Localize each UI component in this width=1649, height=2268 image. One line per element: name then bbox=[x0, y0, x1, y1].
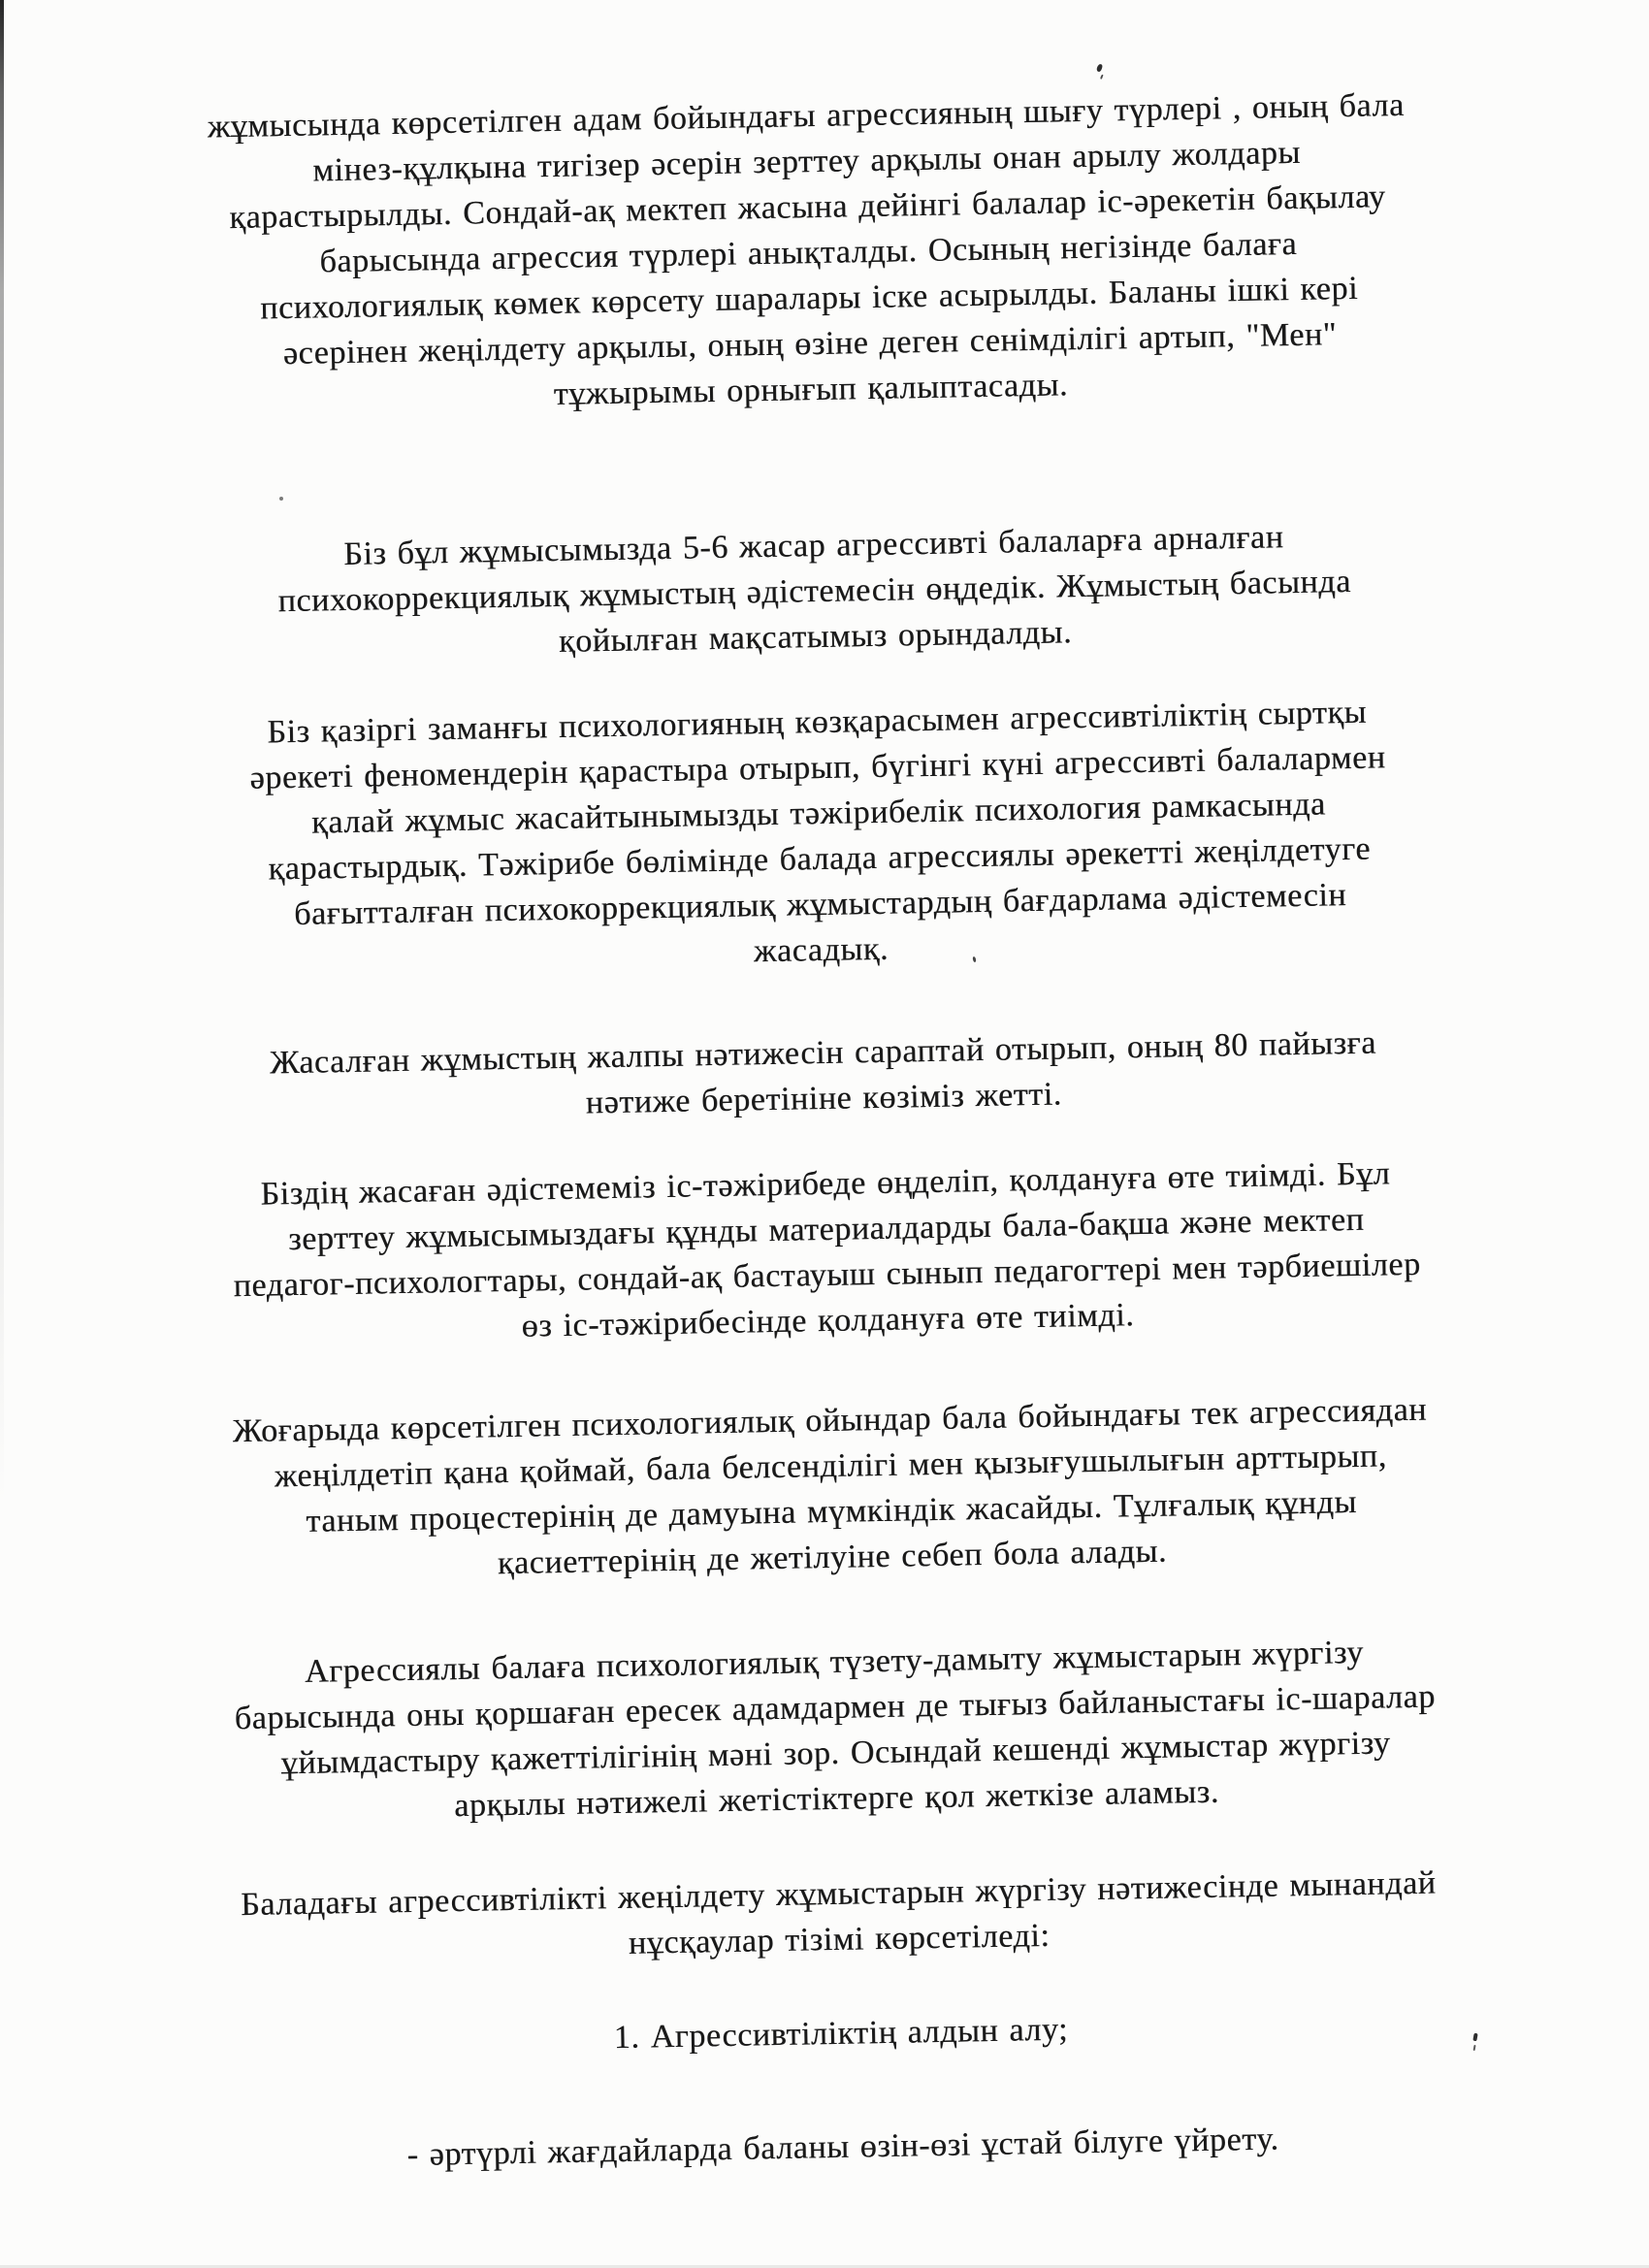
text-line: - әртүрлі жағдайларда баланы өзін-өзі ұс… bbox=[135, 2111, 1552, 2183]
scanned-document-page: жұмысында көрсетілген адам бойындағы агр… bbox=[0, 0, 1649, 2268]
paragraph-3: Біз қазіргі заманғы психологияның көзқар… bbox=[109, 687, 1530, 987]
paragraph-6: Жоғарыда көрсетілген психологиялық ойынд… bbox=[121, 1385, 1540, 1594]
scan-edge-artifact bbox=[0, 0, 4, 1504]
paragraph-4: Жасалған жұмыстың жалпы нәтижесін сарапт… bbox=[114, 1018, 1532, 1135]
paragraph-7: Агрессиялы балаға психологиялық түзету-д… bbox=[126, 1627, 1545, 1835]
paragraph-2: Біз бұл жұмысымызда 5-6 жасар агрессивті… bbox=[106, 510, 1524, 673]
ink-speck bbox=[279, 497, 283, 501]
paragraph-8: Баладағы агрессивтілікті жеңілдету жұмыс… bbox=[130, 1858, 1547, 1975]
paragraph-1: жұмысында көрсетілген адам бойындағы агр… bbox=[97, 81, 1519, 426]
document-text: жұмысында көрсетілген адам бойындағы агр… bbox=[96, 0, 1552, 2183]
paragraph-9-numbered-item: 1. Агрессивтіліктің алдын алу; bbox=[133, 1997, 1550, 2069]
paragraph-10-list-item: - әртүрлі жағдайларда баланы өзін-өзі ұс… bbox=[135, 2111, 1552, 2183]
paragraph-5: Біздің жасаған әдістемеміз іс-тәжірибеде… bbox=[117, 1149, 1536, 1357]
text-line: 1. Агрессивтіліктің алдын алу; bbox=[133, 1997, 1550, 2069]
